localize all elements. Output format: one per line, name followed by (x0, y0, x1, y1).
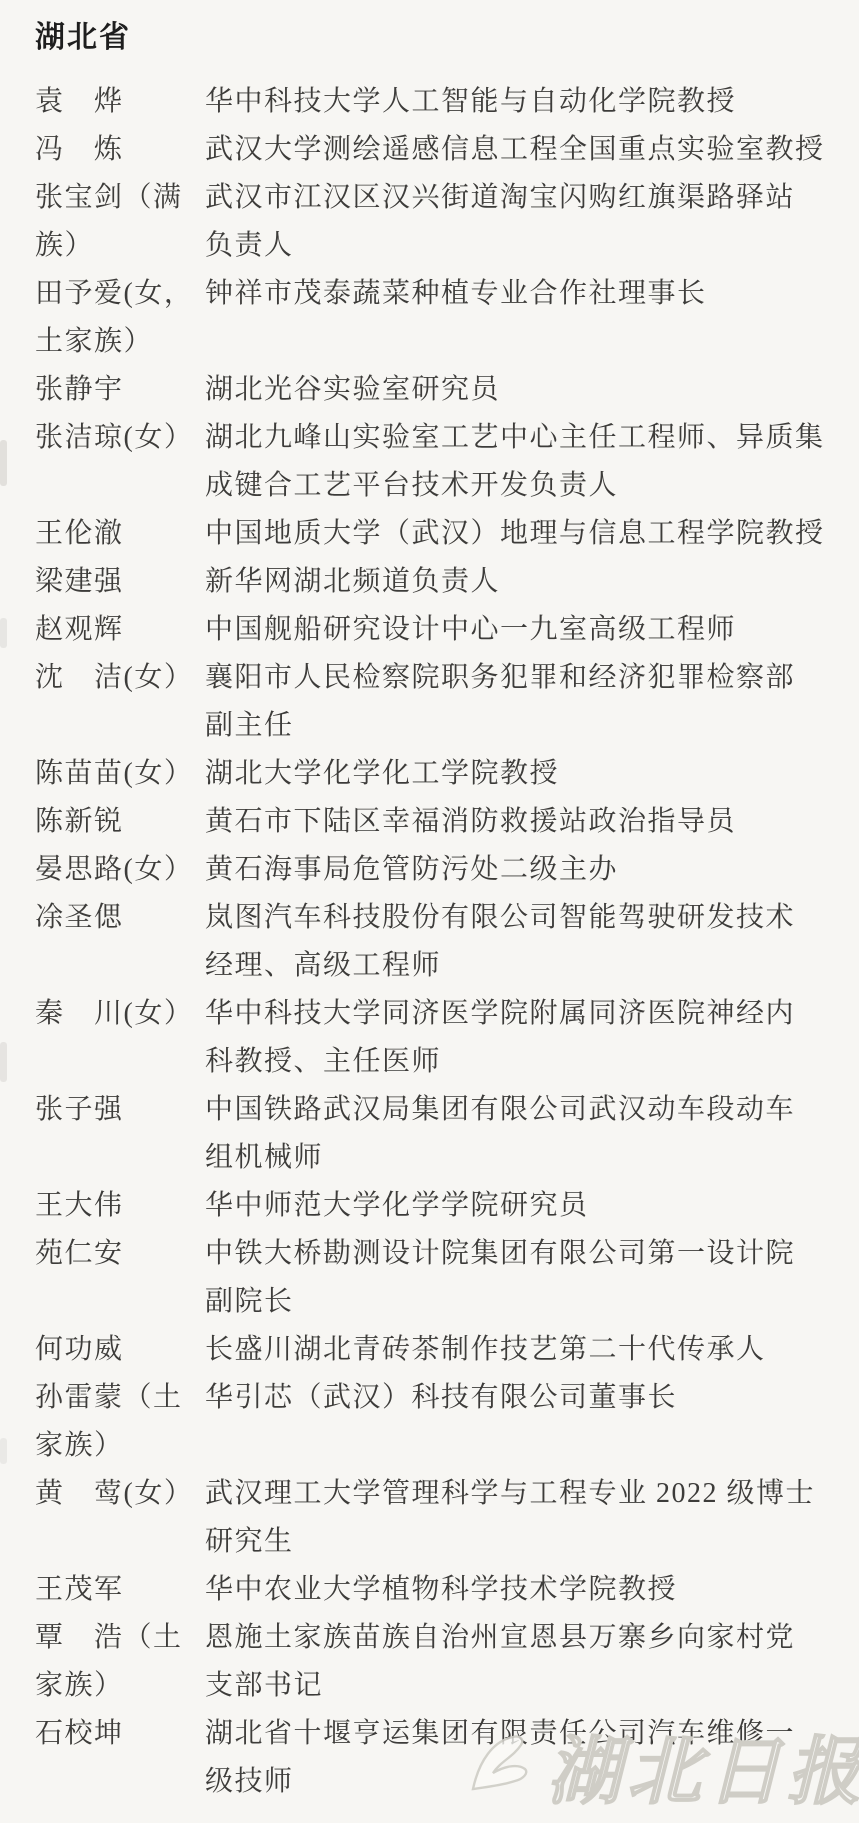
person-name: 何功威 (35, 1326, 205, 1374)
person-name: 梁建强 (35, 558, 205, 606)
person-title: 黄石海事局危管防污处二级主办 (205, 846, 835, 894)
list-item: 何功威 长盛川湖北青砖茶制作技艺第二十代传承人 (35, 1326, 835, 1374)
list-item: 袁 烨 华中科技大学人工智能与自动化学院教授 (35, 78, 835, 126)
list-item: 黄 莺(女） 武汉理工大学管理科学与工程专业 2022 级博士 研究生 (35, 1470, 835, 1566)
list-item: 覃 浩（土 家族） 恩施土家族苗族自治州宣恩县万寨乡向家村党 支部书记 (35, 1614, 835, 1710)
person-title: 湖北光谷实验室研究员 (205, 366, 835, 414)
person-title: 华中科技大学人工智能与自动化学院教授 (205, 78, 835, 126)
list-item: 凃圣偲 岚图汽车科技股份有限公司智能驾驶研发技术 经理、高级工程师 (35, 894, 835, 990)
list-item: 陈新锐 黄石市下陆区幸福消防救援站政治指导员 (35, 798, 835, 846)
person-name: 田予爱(女， 土家族） (35, 270, 205, 366)
person-title: 襄阳市人民检察院职务犯罪和经济犯罪检察部 副主任 (205, 654, 835, 750)
person-name: 王伦澈 (35, 510, 205, 558)
list-item: 王大伟 华中师范大学化学学院研究员 (35, 1182, 835, 1230)
person-title: 中铁大桥勘测设计院集团有限公司第一设计院 副院长 (205, 1230, 835, 1326)
person-title: 华中农业大学植物科学技术学院教授 (205, 1566, 835, 1614)
list-item: 田予爱(女， 土家族） 钟祥市茂泰蔬菜种植专业合作社理事长 (35, 270, 835, 366)
scan-artifact (0, 1042, 7, 1082)
list-item: 石校坤 湖北省十堰亨运集团有限责任公司汽车维修一 级技师 (35, 1710, 835, 1806)
person-name: 孙雷蒙（土 家族） (35, 1374, 205, 1470)
list-item: 赵观辉 中国舰船研究设计中心一九室高级工程师 (35, 606, 835, 654)
person-title: 中国铁路武汉局集团有限公司武汉动车段动车 组机械师 (205, 1086, 835, 1182)
person-title: 中国舰船研究设计中心一九室高级工程师 (205, 606, 835, 654)
list-item: 张宝剑（满 族） 武汉市江汉区汉兴街道淘宝闪购红旗渠路驿站 负责人 (35, 174, 835, 270)
honoree-list: 袁 烨 华中科技大学人工智能与自动化学院教授 冯 炼 武汉大学测绘遥感信息工程全… (35, 78, 835, 1806)
scan-artifact (0, 618, 7, 648)
person-title: 岚图汽车科技股份有限公司智能驾驶研发技术 经理、高级工程师 (205, 894, 835, 990)
province-heading: 湖北省 (35, 14, 835, 62)
person-title: 湖北九峰山实验室工艺中心主任工程师、异质集 成键合工艺平台技术开发负责人 (205, 414, 835, 510)
person-name: 张静宇 (35, 366, 205, 414)
list-item: 孙雷蒙（土 家族） 华引芯（武汉）科技有限公司董事长 (35, 1374, 835, 1470)
list-item: 秦 川(女） 华中科技大学同济医学院附属同济医院神经内 科教授、主任医师 (35, 990, 835, 1086)
list-item: 冯 炼 武汉大学测绘遥感信息工程全国重点实验室教授 (35, 126, 835, 174)
list-item: 沈 洁(女） 襄阳市人民检察院职务犯罪和经济犯罪检察部 副主任 (35, 654, 835, 750)
person-name: 陈新锐 (35, 798, 205, 846)
person-title: 武汉理工大学管理科学与工程专业 2022 级博士 研究生 (205, 1470, 835, 1566)
list-item: 张洁琼(女） 湖北九峰山实验室工艺中心主任工程师、异质集 成键合工艺平台技术开发… (35, 414, 835, 510)
person-title: 湖北大学化学化工学院教授 (205, 750, 835, 798)
person-name: 黄 莺(女） (35, 1470, 205, 1518)
person-title: 中国地质大学（武汉）地理与信息工程学院教授 (205, 510, 835, 558)
person-title: 黄石市下陆区幸福消防救援站政治指导员 (205, 798, 835, 846)
document-page: 湖北省 袁 烨 华中科技大学人工智能与自动化学院教授 冯 炼 武汉大学测绘遥感信… (0, 0, 859, 1823)
list-item: 梁建强 新华网湖北频道负责人 (35, 558, 835, 606)
person-name: 凃圣偲 (35, 894, 205, 942)
person-name: 张洁琼(女） (35, 414, 205, 462)
person-name: 沈 洁(女） (35, 654, 205, 702)
person-name: 秦 川(女） (35, 990, 205, 1038)
person-name: 晏思路(女） (35, 846, 205, 894)
person-name: 张子强 (35, 1086, 205, 1134)
scan-artifact (0, 440, 7, 486)
person-name: 张宝剑（满 族） (35, 174, 205, 270)
person-name: 袁 烨 (35, 78, 205, 126)
person-title: 武汉大学测绘遥感信息工程全国重点实验室教授 (205, 126, 835, 174)
person-title: 长盛川湖北青砖茶制作技艺第二十代传承人 (205, 1326, 835, 1374)
person-name: 覃 浩（土 家族） (35, 1614, 205, 1710)
person-name: 苑仁安 (35, 1230, 205, 1278)
person-title: 武汉市江汉区汉兴街道淘宝闪购红旗渠路驿站 负责人 (205, 174, 835, 270)
list-item: 陈苗苗(女） 湖北大学化学化工学院教授 (35, 750, 835, 798)
person-title: 华中科技大学同济医学院附属同济医院神经内 科教授、主任医师 (205, 990, 835, 1086)
person-title: 华中师范大学化学学院研究员 (205, 1182, 835, 1230)
person-name: 王大伟 (35, 1182, 205, 1230)
list-item: 苑仁安 中铁大桥勘测设计院集团有限公司第一设计院 副院长 (35, 1230, 835, 1326)
list-item: 王伦澈 中国地质大学（武汉）地理与信息工程学院教授 (35, 510, 835, 558)
person-title: 钟祥市茂泰蔬菜种植专业合作社理事长 (205, 270, 835, 318)
scan-artifact (0, 1438, 7, 1464)
person-title: 新华网湖北频道负责人 (205, 558, 835, 606)
person-title: 华引芯（武汉）科技有限公司董事长 (205, 1374, 835, 1422)
person-name: 陈苗苗(女） (35, 750, 205, 798)
list-item: 张子强 中国铁路武汉局集团有限公司武汉动车段动车 组机械师 (35, 1086, 835, 1182)
person-title: 湖北省十堰亨运集团有限责任公司汽车维修一 级技师 (205, 1710, 835, 1806)
person-name: 冯 炼 (35, 126, 205, 174)
list-item: 王茂军 华中农业大学植物科学技术学院教授 (35, 1566, 835, 1614)
person-name: 石校坤 (35, 1710, 205, 1758)
person-title: 恩施土家族苗族自治州宣恩县万寨乡向家村党 支部书记 (205, 1614, 835, 1710)
person-name: 赵观辉 (35, 606, 205, 654)
list-item: 张静宇 湖北光谷实验室研究员 (35, 366, 835, 414)
person-name: 王茂军 (35, 1566, 205, 1614)
list-item: 晏思路(女） 黄石海事局危管防污处二级主办 (35, 846, 835, 894)
